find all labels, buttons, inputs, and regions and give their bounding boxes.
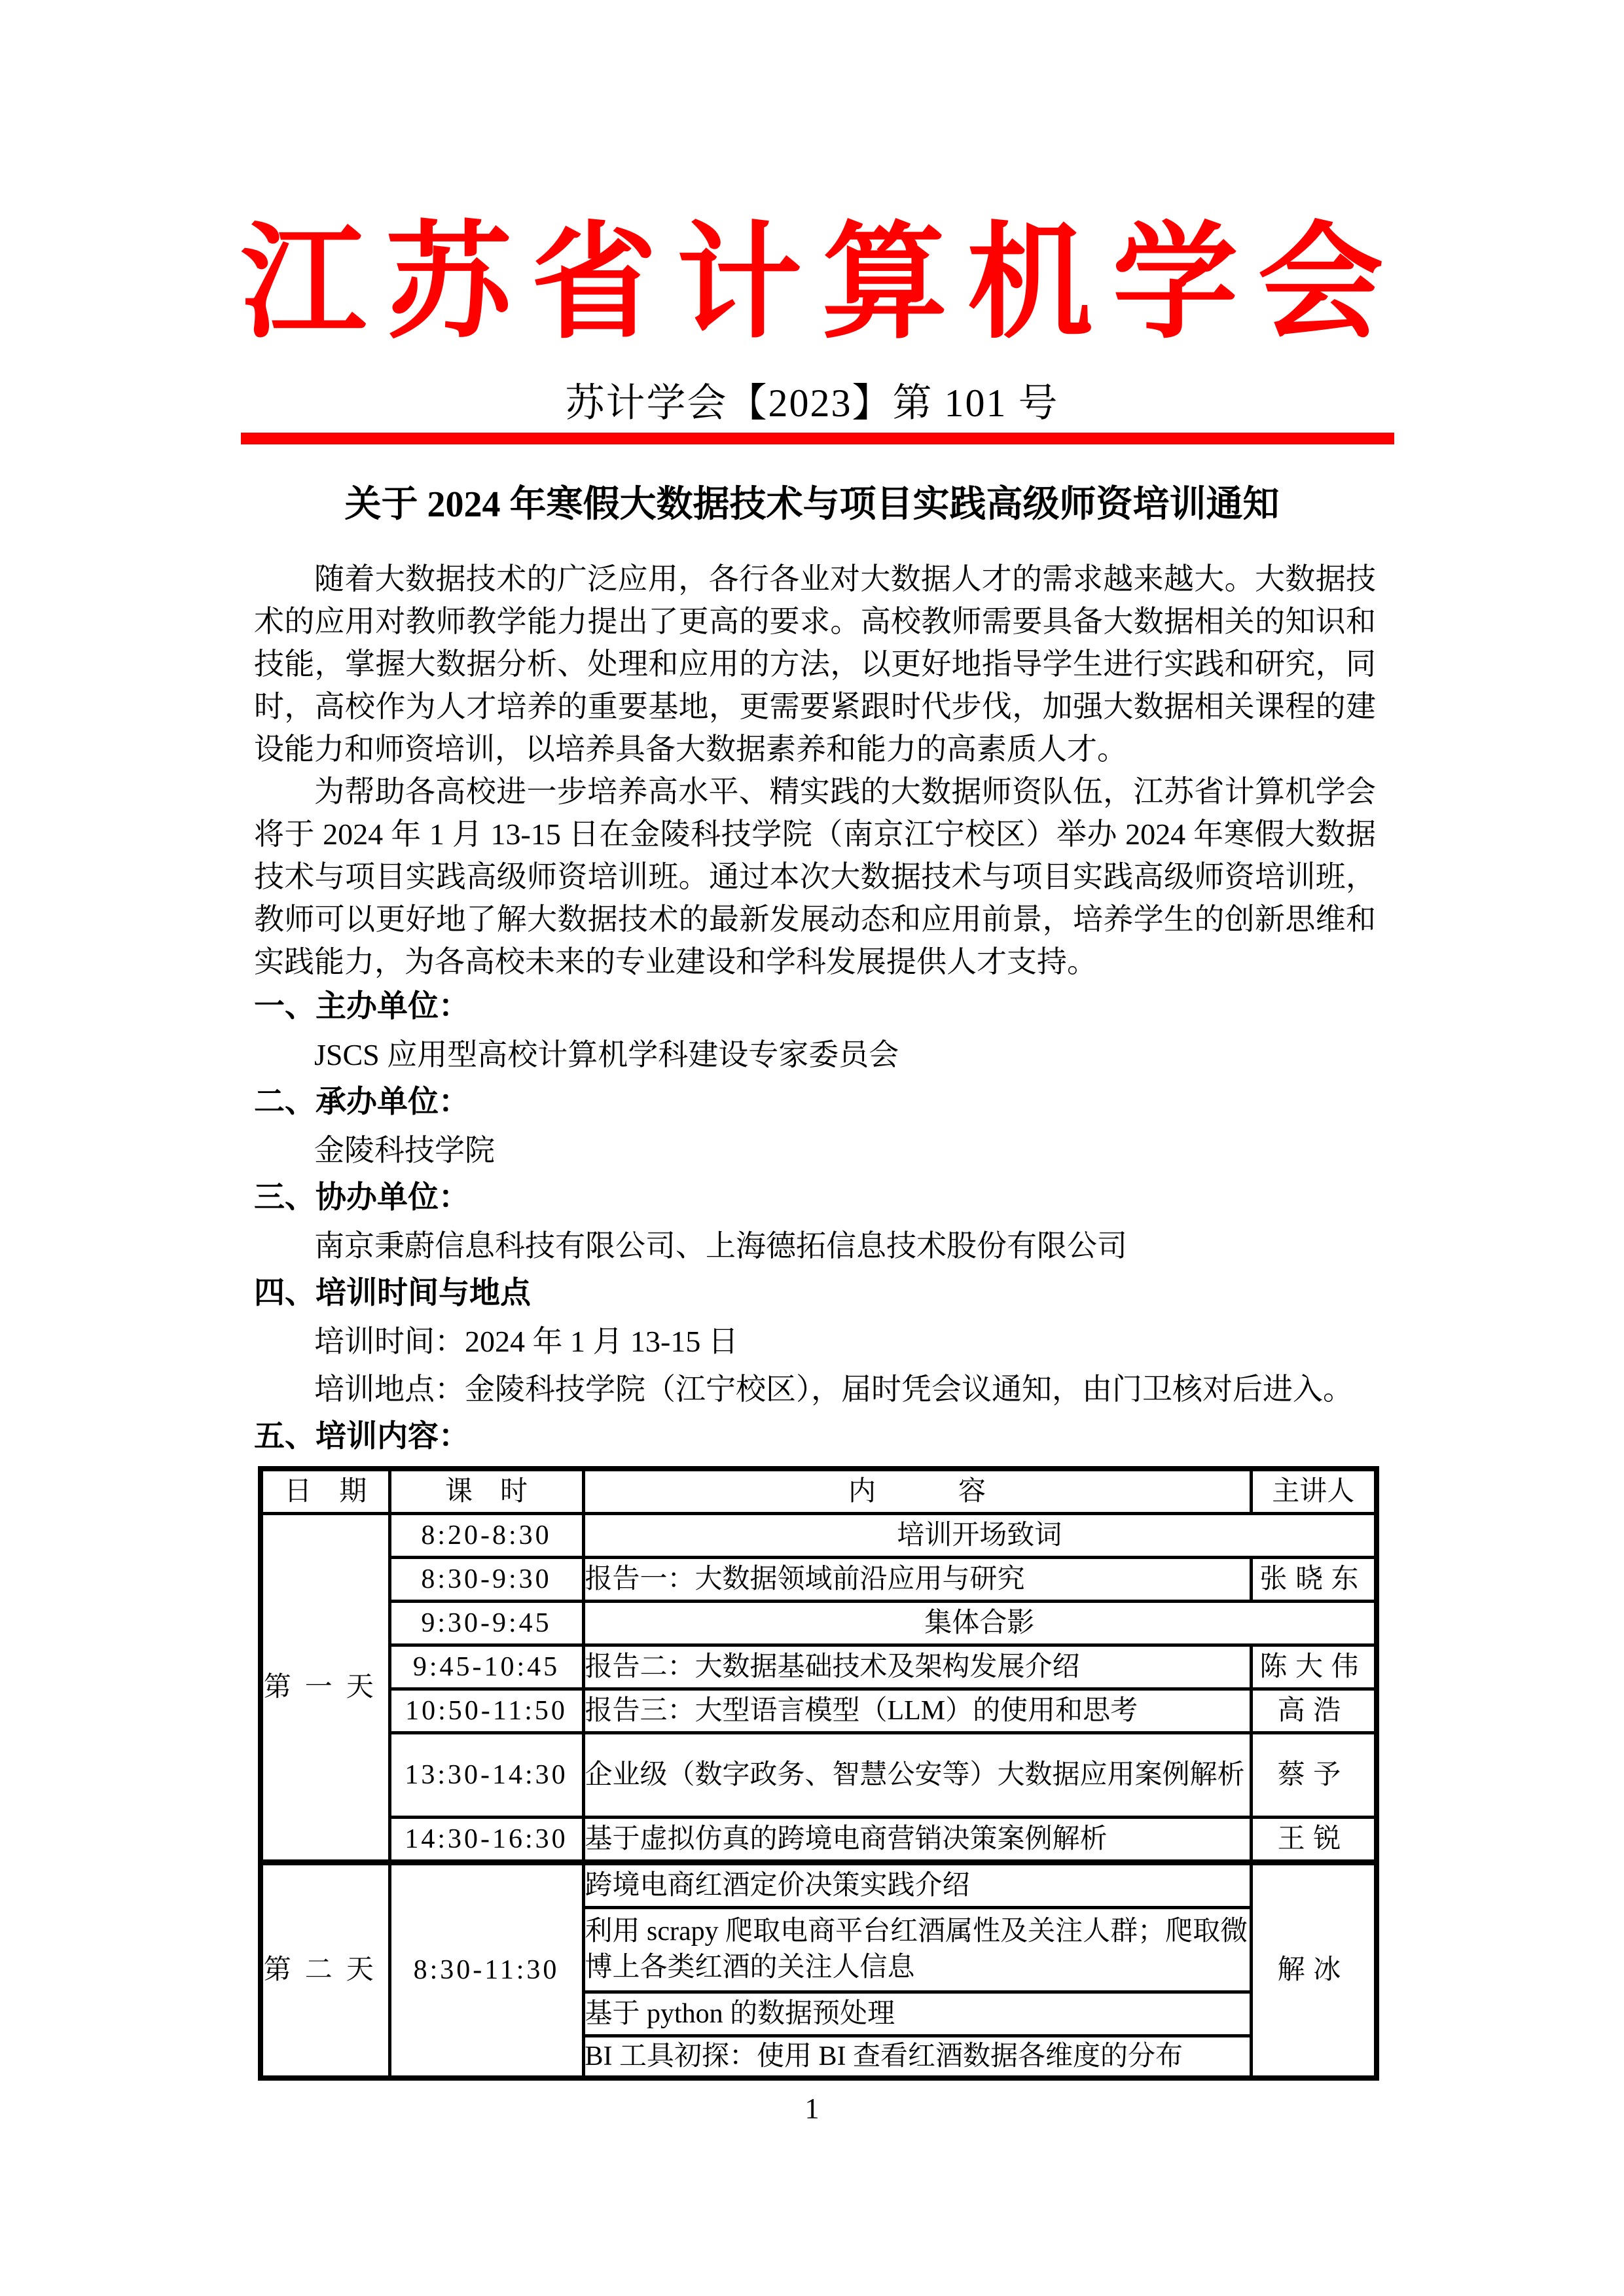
paragraph-purpose: 为帮助各高校进一步培养高水平、精实践的大数据师资队伍，江苏省计算机学会将于 20… <box>254 770 1376 983</box>
schedule-table: 日 期 课 时 内 容 主讲人 第一天 8:20-8:30 培训开场致词 8:3… <box>258 1466 1379 2081</box>
header-time-cell: 课 时 <box>389 1469 583 1514</box>
speaker-cell: 陈大伟 <box>1251 1645 1377 1689</box>
day2-speaker-cell: 解冰 <box>1251 1863 1377 2079</box>
time-cell: 9:45-10:45 <box>389 1645 583 1689</box>
sections-block: 一、主办单位： JSCS 应用型高校计算机学科建设专家委员会 二、承办单位： 金… <box>254 983 1376 1461</box>
doc-title: 关于 2024 年寒假大数据技术与项目实践高级师资培训通知 <box>0 483 1624 527</box>
day2-cell: 第二天 <box>261 1863 389 2079</box>
time-cell: 14:30-16:30 <box>389 1818 583 1863</box>
doc-number: 苏计学会【2023】第 101 号 <box>0 382 1624 425</box>
table-row-photo: 9:30-9:45 集体合影 <box>261 1602 1377 1645</box>
content-cell: 基于虚拟仿真的跨境电商营销决策案例解析 <box>583 1818 1251 1863</box>
section-content-heading: 五、培训内容： <box>254 1413 1376 1461</box>
table-row-opening: 第一天 8:20-8:30 培训开场致词 <box>261 1514 1377 1558</box>
table-row-simulation-case: 14:30-16:30 基于虚拟仿真的跨境电商营销决策案例解析 王锐 <box>261 1818 1377 1863</box>
table-row-report3: 10:50-11:50 报告三：大型语言模型（LLM）的使用和思考 高浩 <box>261 1689 1377 1733</box>
time-cell: 9:30-9:45 <box>389 1602 583 1645</box>
document-body: 随着大数据技术的广泛应用，各行各业对大数据人才的需求越来越大。大数据技术的应用对… <box>254 558 1376 2081</box>
section-host-line: JSCS 应用型高校计算机学科建设专家委员会 <box>254 1031 1376 1079</box>
time-cell: 8:30-9:30 <box>389 1558 583 1602</box>
speaker-cell: 王锐 <box>1251 1818 1377 1863</box>
header-speaker-cell: 主讲人 <box>1251 1469 1377 1514</box>
section-organizer-line: 金陵科技学院 <box>254 1126 1376 1174</box>
table-row-report2: 9:45-10:45 报告二：大数据基础技术及架构发展介绍 陈大伟 <box>261 1645 1377 1689</box>
page-number: 1 <box>0 2092 1624 2125</box>
content-cell: BI 工具初探：使用 BI 查看红酒数据各维度的分布 <box>583 2036 1251 2079</box>
content-cell: 报告一：大数据领域前沿应用与研究 <box>583 1558 1251 1602</box>
time-cell: 8:20-8:30 <box>389 1514 583 1558</box>
section-organizer-heading: 二、承办单位： <box>254 1079 1376 1126</box>
time-cell: 13:30-14:30 <box>389 1733 583 1818</box>
paragraph-intro: 随着大数据技术的广泛应用，各行各业对大数据人才的需求越来越大。大数据技术的应用对… <box>254 558 1376 770</box>
speaker-cell: 高浩 <box>1251 1689 1377 1733</box>
content-cell: 跨境电商红酒定价决策实践介绍 <box>583 1863 1251 1908</box>
content-cell: 报告二：大数据基础技术及架构发展介绍 <box>583 1645 1251 1689</box>
table-row-report1: 8:30-9:30 报告一：大数据领域前沿应用与研究 张晓东 <box>261 1558 1377 1602</box>
section-coorganizer-line: 南京秉蔚信息科技有限公司、上海德拓信息技术股份有限公司 <box>254 1222 1376 1270</box>
org-title: 江苏省计算机学会 <box>0 215 1624 353</box>
content-cell: 利用 scrapy 爬取电商平台红酒属性及关注人群；爬取微博上各类红酒的关注人信… <box>583 1908 1251 1992</box>
table-header-row: 日 期 课 时 内 容 主讲人 <box>261 1469 1377 1514</box>
time-cell: 10:50-11:50 <box>389 1689 583 1733</box>
content-cell: 基于 python 的数据预处理 <box>583 1992 1251 2036</box>
header-date-cell: 日 期 <box>261 1469 389 1514</box>
table-row-wine-pricing: 第二天 8:30-11:30 跨境电商红酒定价决策实践介绍 解冰 <box>261 1863 1377 1908</box>
header-content-cell: 内 容 <box>583 1469 1251 1514</box>
content-cell: 报告三：大型语言模型（LLM）的使用和思考 <box>583 1689 1251 1733</box>
training-place-line: 培训地点：金陵科技学院（江宁校区），届时凭会议通知，由门卫核对后进入。 <box>254 1365 1376 1413</box>
section-coorganizer-heading: 三、协办单位： <box>254 1174 1376 1222</box>
day1-cell: 第一天 <box>261 1514 389 1863</box>
document-page: 江苏省计算机学会 苏计学会【2023】第 101 号 关于 2024 年寒假大数… <box>0 0 1624 2296</box>
content-cell: 企业级（数字政务、智慧公安等）大数据应用案例解析 <box>583 1733 1251 1818</box>
section-host-heading: 一、主办单位： <box>254 983 1376 1031</box>
training-time-line: 培训时间：2024 年 1 月 13-15 日 <box>254 1318 1376 1365</box>
red-divider-rule <box>241 433 1394 444</box>
speaker-cell: 蔡予 <box>1251 1733 1377 1818</box>
speaker-cell: 张晓东 <box>1251 1558 1377 1602</box>
table-row-enterprise-case: 13:30-14:30 企业级（数字政务、智慧公安等）大数据应用案例解析 蔡予 <box>261 1733 1377 1818</box>
day2-time-cell: 8:30-11:30 <box>389 1863 583 2079</box>
section-time-place-heading: 四、培训时间与地点 <box>254 1270 1376 1318</box>
content-cell: 集体合影 <box>583 1602 1377 1645</box>
content-cell: 培训开场致词 <box>583 1514 1377 1558</box>
